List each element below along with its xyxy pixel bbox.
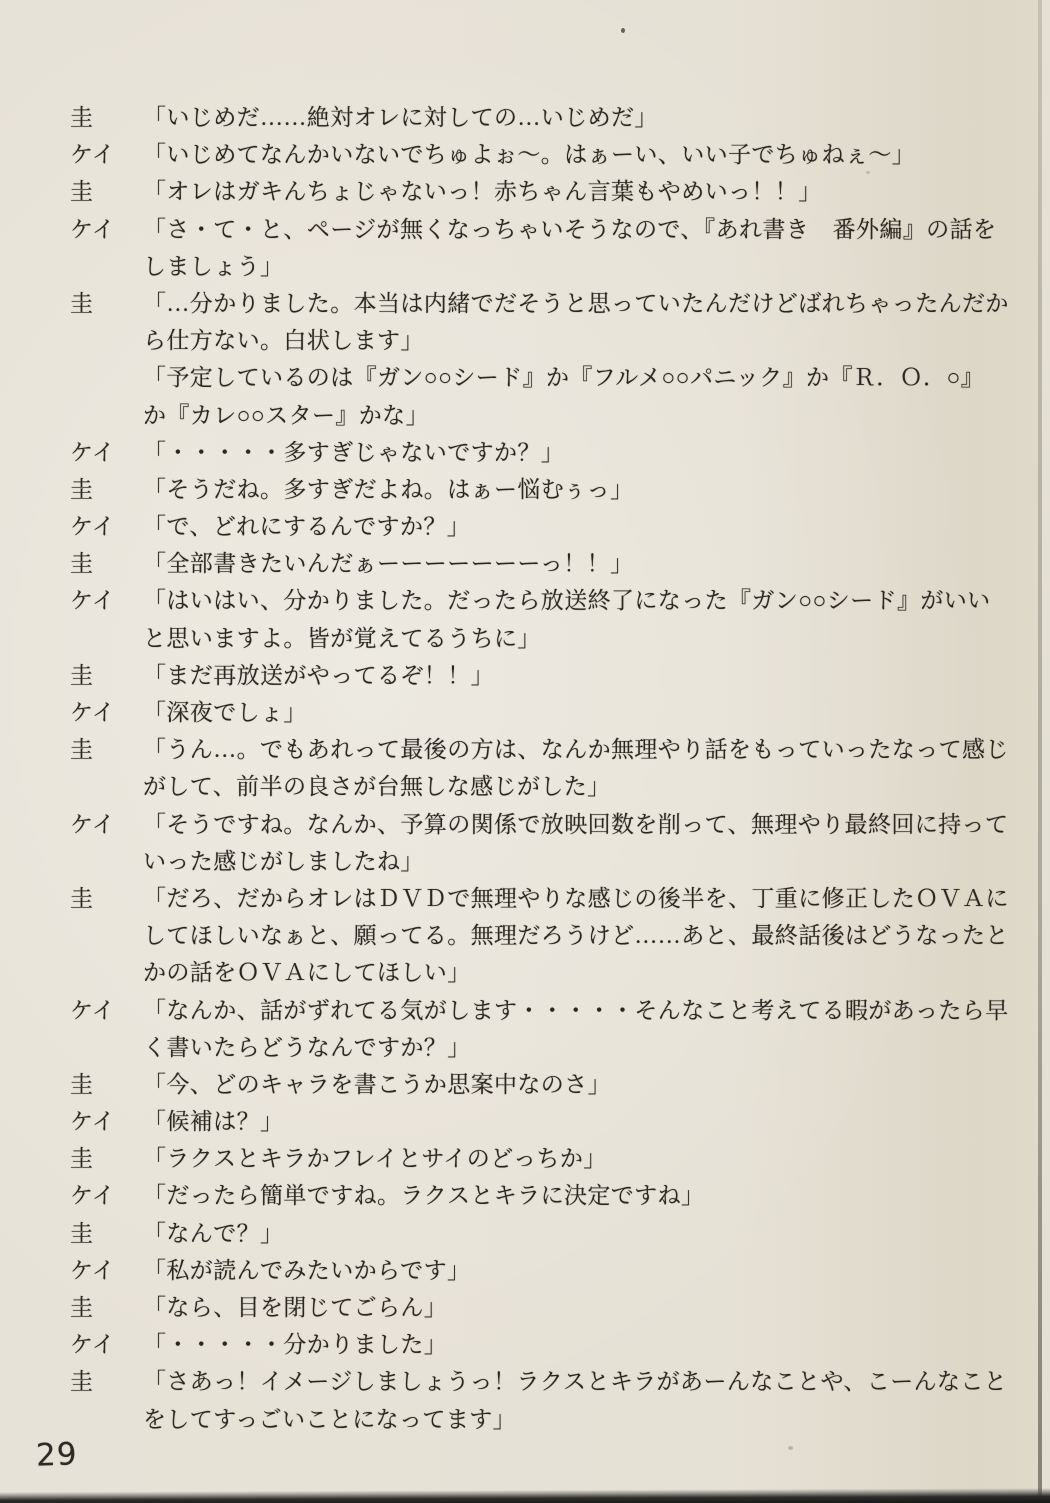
dialogue-row: と思いますよ。皆が覚えてるうちに」 bbox=[0, 620, 1050, 657]
dialogue-line: 「今、どのキャラを書こうか思案中なのさ」 bbox=[143, 1066, 611, 1103]
dialogue-row: ケイ「はいはい、分かりました。だったら放送終了になった『ガン○○シード』がいい bbox=[0, 582, 1050, 619]
dialogue-list: 圭「いじめだ……絶対オレに対しての…いじめだ」ケイ「いじめてなんかいないでちゅよ… bbox=[0, 99, 1050, 1438]
dialogue-line: かの話をＯＶＡにしてほしい」 bbox=[143, 954, 471, 991]
scan-right-margin bbox=[1042, 0, 1050, 1503]
dialogue-row: ケイ「・・・・・多すぎじゃないですか？」 bbox=[0, 434, 1050, 471]
dialogue-row: 圭「オレはガキんちょじゃないっ！赤ちゃん言葉もやめいっ！！」 bbox=[0, 173, 1050, 210]
speaker-label: 圭 bbox=[70, 1140, 93, 1177]
dialogue-row: ケイ「だったら簡単ですね。ラクスとキラに決定ですね」 bbox=[0, 1177, 1050, 1214]
speaker-label: 圭 bbox=[70, 1363, 93, 1400]
dialogue-line: 「候補は？」 bbox=[143, 1103, 283, 1140]
speaker-label: ケイ bbox=[70, 434, 115, 471]
dialogue-line: 「だったら簡単ですね。ラクスとキラに決定ですね」 bbox=[143, 1177, 704, 1214]
dialogue-row: 「予定しているのは『ガン○○シード』か『フルメ○○パニック』か『Ｒ．Ｏ．○』 bbox=[0, 359, 1050, 396]
scan-speck bbox=[788, 1446, 793, 1450]
dialogue-line: 「なんか、話がずれてる気がします・・・・・そんなこと考えてる暇があったら早 bbox=[143, 992, 1009, 1029]
dialogue-line: 「さ・て・と、ページが無くなっちゃいそうなので、『あれ書き 番外編』の話を bbox=[143, 211, 996, 248]
dialogue-row: ケイ「さ・て・と、ページが無くなっちゃいそうなので、『あれ書き 番外編』の話を bbox=[0, 211, 1050, 248]
dialogue-row: ケイ「私が読んでみたいからです」 bbox=[0, 1252, 1050, 1289]
speaker-label: 圭 bbox=[70, 471, 93, 508]
dialogue-line: いった感じがしましたね」 bbox=[143, 843, 424, 880]
speaker-label: ケイ bbox=[70, 211, 115, 248]
dialogue-row: ケイ「深夜でしょ」 bbox=[0, 694, 1050, 731]
speaker-label: 圭 bbox=[70, 1289, 93, 1326]
dialogue-line: 「全部書きたいんだぁーーーーーーーっ！！」 bbox=[143, 545, 633, 582]
dialogue-row: してほしいなぁと、願ってる。無理だろうけど……あと、最終話後はどうなったと bbox=[0, 917, 1050, 954]
dialogue-line: 「まだ再放送がやってるぞ！！」 bbox=[143, 657, 494, 694]
dialogue-line: か『カレ○○スター』かな」 bbox=[143, 397, 429, 434]
scan-speck bbox=[866, 171, 870, 174]
dialogue-line: ら仕方ない。白状します」 bbox=[143, 322, 424, 359]
dialogue-row: ケイ「候補は？」 bbox=[0, 1103, 1050, 1140]
dialogue-row: ケイ「なんか、話がずれてる気がします・・・・・そんなこと考えてる暇があったら早 bbox=[0, 992, 1050, 1029]
dialogue-row: 圭「なんで？」 bbox=[0, 1215, 1050, 1252]
dialogue-line: してほしいなぁと、願ってる。無理だろうけど……あと、最終話後はどうなったと bbox=[143, 917, 1009, 954]
speaker-label: 圭 bbox=[70, 1215, 93, 1252]
speaker-label: 圭 bbox=[70, 1066, 93, 1103]
dialogue-row: 圭「うん…。でもあれって最後の方は、なんか無理やり話をもっていったなって感じ bbox=[0, 731, 1050, 768]
dialogue-line: 「オレはガキんちょじゃないっ！赤ちゃん言葉もやめいっ！！」 bbox=[143, 173, 822, 210]
dialogue-line: く書いたらどうなんですか？」 bbox=[143, 1029, 471, 1066]
dialogue-line: 「・・・・・多すぎじゃないですか？」 bbox=[143, 434, 564, 471]
dialogue-row: 圭「まだ再放送がやってるぞ！！」 bbox=[0, 657, 1050, 694]
dialogue-row: がして、前半の良さが台無しな感じがした」 bbox=[0, 768, 1050, 805]
dialogue-line: 「はいはい、分かりました。だったら放送終了になった『ガン○○シード』がいい bbox=[143, 582, 991, 619]
dialogue-row: 圭「いじめだ……絶対オレに対しての…いじめだ」 bbox=[0, 99, 1050, 136]
dialogue-row: 圭「さあっ！イメージしましょうっ！ラクスとキラがあーんなことや、こーんなこと bbox=[0, 1363, 1050, 1400]
dialogue-line: 「だろ、だからオレはＤＶＤで無理やりな感じの後半を、丁重に修正したＯＶＡに bbox=[143, 880, 1009, 917]
dialogue-row: ケイ「そうですね。なんか、予算の関係で放映回数を削って、無理やり最終回に持って bbox=[0, 806, 1050, 843]
speaker-label: ケイ bbox=[70, 1103, 115, 1140]
dialogue-line: 「さあっ！イメージしましょうっ！ラクスとキラがあーんなことや、こーんなこと bbox=[143, 1363, 1007, 1400]
dialogue-row: をしてすっごいことになってます」 bbox=[0, 1401, 1050, 1438]
speaker-label: 圭 bbox=[70, 731, 93, 768]
dialogue-row: ケイ「で、どれにするんですか？」 bbox=[0, 508, 1050, 545]
speaker-label: 圭 bbox=[70, 657, 93, 694]
dialogue-line: 「なんで？」 bbox=[143, 1215, 283, 1252]
dialogue-row: しましょう」 bbox=[0, 248, 1050, 285]
dialogue-line: 「…分かりました。本当は内緒でだそうと思っていたんだけどばれちゃったんだか bbox=[143, 285, 1009, 322]
dialogue-line: がして、前半の良さが台無しな感じがした」 bbox=[143, 768, 611, 805]
dialogue-line: 「で、どれにするんですか？」 bbox=[143, 508, 470, 545]
scan-speck bbox=[621, 28, 625, 33]
speaker-label: 圭 bbox=[70, 545, 93, 582]
speaker-label: ケイ bbox=[70, 582, 115, 619]
dialogue-line: 「いじめだ……絶対オレに対しての…いじめだ」 bbox=[143, 99, 658, 136]
dialogue-row: かの話をＯＶＡにしてほしい」 bbox=[0, 954, 1050, 991]
speaker-label: 圭 bbox=[70, 99, 93, 136]
dialogue-line: と思いますよ。皆が覚えてるうちに」 bbox=[143, 620, 541, 657]
dialogue-line: 「そうだね。多すぎだよね。はぁー悩むぅっ」 bbox=[143, 471, 633, 508]
dialogue-line: をしてすっごいことになってます」 bbox=[143, 1401, 516, 1438]
speaker-label: ケイ bbox=[70, 694, 115, 731]
dialogue-row: 圭「ラクスとキラかフレイとサイのどっちか」 bbox=[0, 1140, 1050, 1177]
dialogue-line: 「深夜でしょ」 bbox=[143, 694, 307, 731]
dialogue-row: 圭「なら、目を閉じてごらん」 bbox=[0, 1289, 1050, 1326]
dialogue-row: 圭「…分かりました。本当は内緒でだそうと思っていたんだけどばれちゃったんだか bbox=[0, 285, 1050, 322]
scan-edge-right bbox=[1038, 0, 1042, 1503]
dialogue-row: く書いたらどうなんですか？」 bbox=[0, 1029, 1050, 1066]
dialogue-line: 「うん…。でもあれって最後の方は、なんか無理やり話をもっていったなって感じ bbox=[143, 731, 1009, 768]
dialogue-row: ら仕方ない。白状します」 bbox=[0, 322, 1050, 359]
speaker-label: ケイ bbox=[70, 1177, 115, 1214]
dialogue-row: 圭「全部書きたいんだぁーーーーーーーっ！！」 bbox=[0, 545, 1050, 582]
dialogue-row: ケイ「いじめてなんかいないでちゅよぉ～。はぁーい、いい子でちゅねぇ～」 bbox=[0, 136, 1050, 173]
speaker-label: ケイ bbox=[70, 1252, 115, 1289]
dialogue-row: いった感じがしましたね」 bbox=[0, 843, 1050, 880]
speaker-label: 圭 bbox=[70, 173, 93, 210]
dialogue-row: か『カレ○○スター』かな」 bbox=[0, 397, 1050, 434]
dialogue-row: ケイ「・・・・・分かりました」 bbox=[0, 1326, 1050, 1363]
dialogue-row: 圭「そうだね。多すぎだよね。はぁー悩むぅっ」 bbox=[0, 471, 1050, 508]
scan-edge-bottom bbox=[0, 1488, 1050, 1503]
page-number: 29 bbox=[35, 1436, 78, 1473]
speaker-label: ケイ bbox=[70, 1326, 115, 1363]
dialogue-row: 圭「今、どのキャラを書こうか思案中なのさ」 bbox=[0, 1066, 1050, 1103]
dialogue-line: 「私が読んでみたいからです」 bbox=[143, 1252, 470, 1289]
speaker-label: ケイ bbox=[70, 806, 115, 843]
dialogue-row: 圭「だろ、だからオレはＤＶＤで無理やりな感じの後半を、丁重に修正したＯＶＡに bbox=[0, 880, 1050, 917]
dialogue-line: 「そうですね。なんか、予算の関係で放映回数を削って、無理やり最終回に持って bbox=[143, 806, 1008, 843]
speaker-label: ケイ bbox=[70, 136, 115, 173]
dialogue-line: 「いじめてなんかいないでちゅよぉ～。はぁーい、いい子でちゅねぇ～」 bbox=[143, 136, 915, 173]
speaker-label: ケイ bbox=[70, 508, 115, 545]
dialogue-line: 「ラクスとキラかフレイとサイのどっちか」 bbox=[143, 1140, 607, 1177]
scanned-doujinshi-page: 圭「いじめだ……絶対オレに対しての…いじめだ」ケイ「いじめてなんかいないでちゅよ… bbox=[0, 0, 1050, 1503]
dialogue-line: しましょう」 bbox=[143, 248, 283, 285]
speaker-label: 圭 bbox=[70, 285, 93, 322]
dialogue-line: 「・・・・・分かりました」 bbox=[143, 1326, 447, 1363]
dialogue-line: 「なら、目を閉じてごらん」 bbox=[143, 1289, 447, 1326]
dialogue-line: 「予定しているのは『ガン○○シード』か『フルメ○○パニック』か『Ｒ．Ｏ．○』 bbox=[143, 359, 984, 396]
speaker-label: 圭 bbox=[70, 880, 93, 917]
speaker-label: ケイ bbox=[70, 992, 115, 1029]
